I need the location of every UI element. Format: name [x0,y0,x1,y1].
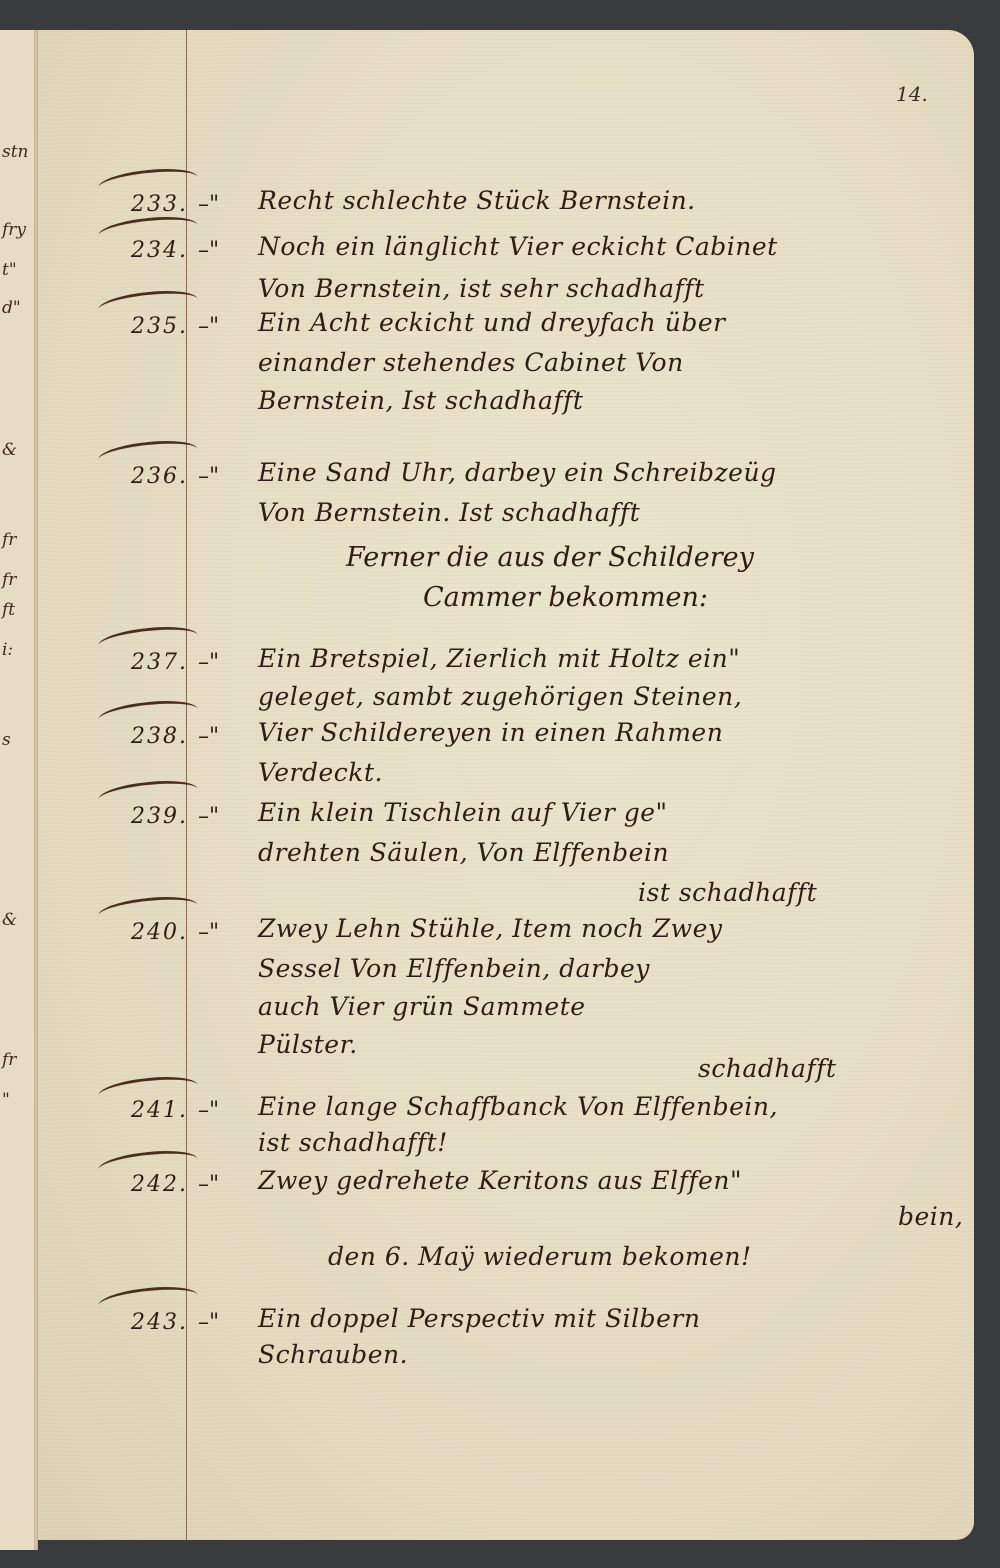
entry-line: Bernstein, Ist schadhafft [258,386,583,415]
facing-page-fragment: & [2,910,17,930]
facing-page-fragment: fry [2,220,26,240]
entry-marker: –" [198,314,219,339]
entry-number: 238. [108,724,188,749]
entry-marker: –" [198,804,219,829]
entry-line: Recht schlechte Stück Bernstein. [258,186,696,215]
entry-line: Ein Acht eckicht und dreyfach über [258,308,726,337]
entry-marker: –" [198,724,219,749]
facing-page-fragment: d" [2,298,21,318]
entry-line: Von Bernstein. Ist schadhafft [258,498,640,527]
facing-page-fragment: t" [2,260,17,280]
entry-line: Ein klein Tischlein auf Vier ge" [258,798,668,827]
entry-number: 242. [108,1172,188,1197]
entry-marker: –" [198,238,219,263]
entry-line: geleget, sambt zugehörigen Steinen, [258,682,742,711]
folio-number: 14. [896,82,928,106]
entry-line: den 6. Maÿ wiederum bekomen! [328,1242,752,1271]
entry-marker: –" [198,650,219,675]
entry-line: ist schadhafft [638,878,817,907]
entry-marker: –" [198,1172,219,1197]
facing-page-fragment: " [2,1090,10,1110]
entry-line: Ein Bretspiel, Zierlich mit Holtz ein" [258,644,740,673]
entry-marker: –" [198,192,219,217]
section-heading: Cammer bekommen: [423,582,708,613]
entry-line: Eine Sand Uhr, darbey ein Schreibzeüg [258,458,777,487]
entry-number: 243. [108,1310,188,1335]
entry-number: 236. [108,464,188,489]
facing-page-fragment: ft [2,600,15,620]
entry-line: einander stehendes Cabinet Von [258,348,684,377]
entry-line: Von Bernstein, ist sehr schadhafft [258,274,705,303]
entry-line: Verdeckt. [258,758,383,787]
entry-line: Pülster. [258,1030,358,1059]
facing-page-fragment: stn [2,142,29,162]
facing-page-fragment: s [2,730,11,750]
entry-number: 241. [108,1098,188,1123]
entry-line: Zwey Lehn Stühle, Item noch Zwey [258,914,723,943]
entry-line: drehten Säulen, Von Elffenbein [258,838,669,867]
facing-page-edge: stn fry t" d" & fr fr ft i: s & fr " [0,30,36,1550]
facing-page-fragment: fr [2,1050,16,1070]
manuscript-page: 14. 233. –" Recht schlechte Stück Bernst… [38,30,974,1540]
entry-number: 237. [108,650,188,675]
entry-line: ist schadhafft! [258,1128,448,1157]
entry-number: 234. [108,238,188,263]
entry-marker: –" [198,1098,219,1123]
entry-line: Schrauben. [258,1340,408,1369]
entry-line: Vier Schildereyen in einen Rahmen [258,718,723,747]
section-heading: Ferner die aus der Schilderey [346,542,754,573]
entry-line: bein, [898,1202,963,1231]
entry-line: Eine lange Schaffbanck Von Elffenbein, [258,1092,778,1121]
entry-line: Zwey gedrehete Keritons aus Elffen" [258,1166,742,1195]
entry-number: 233. [108,192,188,217]
facing-page-fragment: fr [2,530,16,550]
facing-page-fragment: fr [2,570,16,590]
entry-line: Sessel Von Elffenbein, darbey [258,954,650,983]
entry-number: 239. [108,804,188,829]
entry-line: schadhafft [698,1054,836,1083]
entry-line: Ein doppel Perspectiv mit Silbern [258,1304,700,1333]
entry-marker: –" [198,920,219,945]
facing-page-fragment: i: [2,640,13,660]
facing-page-fragment: & [2,440,17,460]
entry-line: Noch ein länglicht Vier eckicht Cabinet [258,232,778,261]
entry-marker: –" [198,1310,219,1335]
entry-marker: –" [198,464,219,489]
entry-number: 240. [108,920,188,945]
entry-number: 235. [108,314,188,339]
entry-line: auch Vier grün Sammete [258,992,586,1021]
